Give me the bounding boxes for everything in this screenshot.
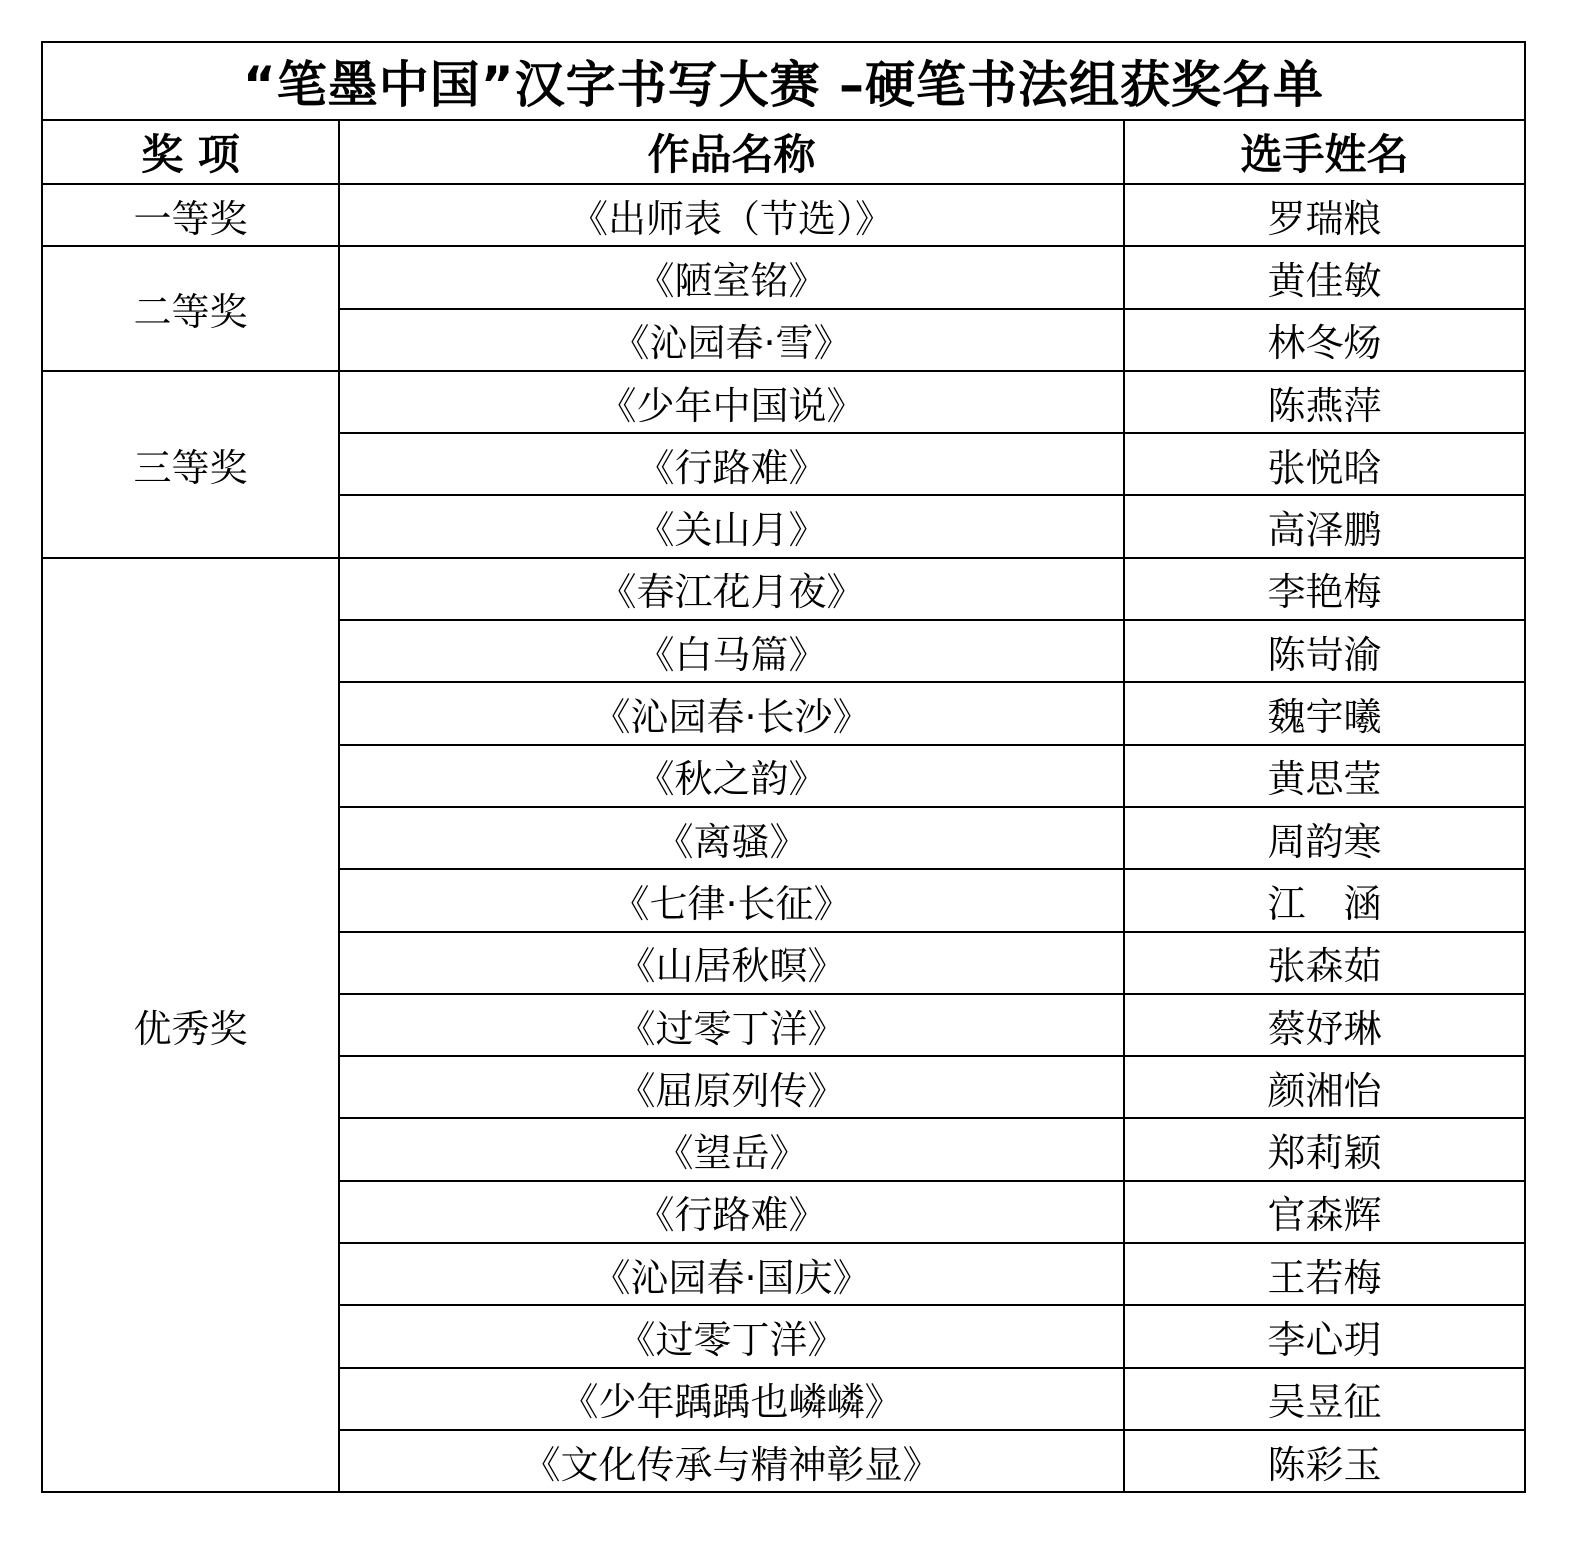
award-level-cell: 优秀奖 bbox=[42, 558, 339, 1492]
contestant-name-cell: 蔡妤琳 bbox=[1124, 994, 1525, 1056]
contestant-name-cell: 陈燕萍 bbox=[1124, 371, 1525, 433]
contestant-name-cell: 张悦晗 bbox=[1124, 433, 1525, 495]
work-title-cell: 《春江花月夜》 bbox=[339, 558, 1124, 620]
work-title-cell: 《望岳》 bbox=[339, 1118, 1124, 1180]
work-title-cell: 《七律·长征》 bbox=[339, 869, 1124, 931]
work-title-cell: 《陋室铭》 bbox=[339, 246, 1124, 308]
work-title-cell: 《过零丁洋》 bbox=[339, 1305, 1124, 1367]
work-title-cell: 《屈原列传》 bbox=[339, 1056, 1124, 1118]
contestant-name-cell: 吴昱征 bbox=[1124, 1368, 1525, 1430]
title-row: “笔墨中国”汉字书写大赛 –硬笔书法组获奖名单 bbox=[42, 42, 1525, 120]
work-title-cell: 《沁园春·雪》 bbox=[339, 309, 1124, 371]
contestant-name-cell: 颜湘怡 bbox=[1124, 1056, 1525, 1118]
contestant-name-cell: 李艳梅 bbox=[1124, 558, 1525, 620]
contestant-name-cell: 罗瑞粮 bbox=[1124, 184, 1525, 246]
work-title-cell: 《过零丁洋》 bbox=[339, 994, 1124, 1056]
contestant-name-cell: 林冬炀 bbox=[1124, 309, 1525, 371]
contestant-name-cell: 陈彩玉 bbox=[1124, 1430, 1525, 1492]
contestant-name-cell: 王若梅 bbox=[1124, 1243, 1525, 1305]
table-row: 一等奖《出师表（节选）》罗瑞粮 bbox=[42, 184, 1525, 246]
table-row: 优秀奖《春江花月夜》李艳梅 bbox=[42, 558, 1525, 620]
work-title-cell: 《白马篇》 bbox=[339, 620, 1124, 682]
header-row: 奖 项 作品名称 选手姓名 bbox=[42, 120, 1525, 184]
work-title-cell: 《少年中国说》 bbox=[339, 371, 1124, 433]
work-title-cell: 《少年踽踽也嶙嶙》 bbox=[339, 1368, 1124, 1430]
contestant-name-cell: 郑莉颖 bbox=[1124, 1118, 1525, 1180]
contestant-name-cell: 陈岢渝 bbox=[1124, 620, 1525, 682]
header-award: 奖 项 bbox=[42, 120, 339, 184]
header-contestant-name: 选手姓名 bbox=[1124, 120, 1525, 184]
work-title-cell: 《秋之韵》 bbox=[339, 745, 1124, 807]
work-title-cell: 《出师表（节选）》 bbox=[339, 184, 1124, 246]
award-level-cell: 二等奖 bbox=[42, 246, 339, 371]
contestant-name-cell: 周韵寒 bbox=[1124, 807, 1525, 869]
contestant-name-cell: 魏宇曦 bbox=[1124, 682, 1525, 744]
work-title-cell: 《行路难》 bbox=[339, 1181, 1124, 1243]
work-title-cell: 《关山月》 bbox=[339, 495, 1124, 557]
header-work-title: 作品名称 bbox=[339, 120, 1124, 184]
contestant-name-cell: 官森辉 bbox=[1124, 1181, 1525, 1243]
work-title-cell: 《沁园春·长沙》 bbox=[339, 682, 1124, 744]
contestant-name-cell: 黄佳敏 bbox=[1124, 246, 1525, 308]
contestant-name-cell: 江 涵 bbox=[1124, 869, 1525, 931]
table-row: 二等奖《陋室铭》黄佳敏 bbox=[42, 246, 1525, 308]
work-title-cell: 《文化传承与精神彰显》 bbox=[339, 1430, 1124, 1492]
contestant-name-cell: 黄思莹 bbox=[1124, 745, 1525, 807]
document-title: “笔墨中国”汉字书写大赛 –硬笔书法组获奖名单 bbox=[42, 42, 1525, 120]
work-title-cell: 《沁园春·国庆》 bbox=[339, 1243, 1124, 1305]
contestant-name-cell: 李心玥 bbox=[1124, 1305, 1525, 1367]
table-row: 三等奖《少年中国说》陈燕萍 bbox=[42, 371, 1525, 433]
work-title-cell: 《离骚》 bbox=[339, 807, 1124, 869]
work-title-cell: 《山居秋暝》 bbox=[339, 932, 1124, 994]
award-level-cell: 一等奖 bbox=[42, 184, 339, 246]
award-list-table: “笔墨中国”汉字书写大赛 –硬笔书法组获奖名单 奖 项 作品名称 选手姓名 一等… bbox=[41, 41, 1526, 1493]
award-level-cell: 三等奖 bbox=[42, 371, 339, 558]
work-title-cell: 《行路难》 bbox=[339, 433, 1124, 495]
contestant-name-cell: 高泽鹏 bbox=[1124, 495, 1525, 557]
contestant-name-cell: 张森茹 bbox=[1124, 932, 1525, 994]
